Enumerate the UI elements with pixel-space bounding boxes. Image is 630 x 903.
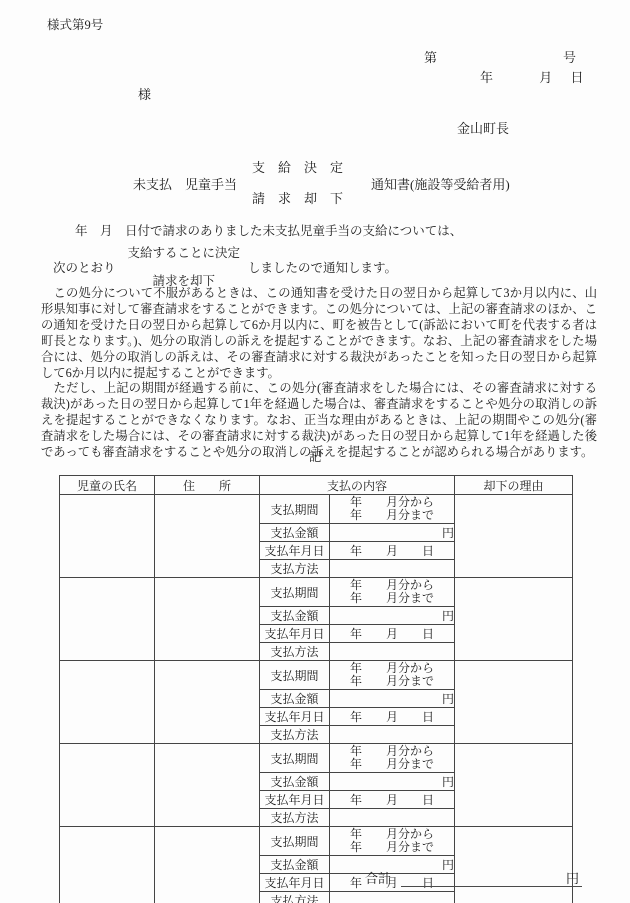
amount-value: 円 — [330, 773, 455, 791]
period-label: 支払期間 — [260, 661, 330, 690]
date-line: 年 月 日 — [480, 67, 584, 86]
method-value — [330, 809, 455, 827]
address-cell — [155, 827, 260, 903]
period-value: 年 月分から 年 月分まで — [330, 827, 455, 856]
period-value: 年 月分から 年 月分まで — [330, 744, 455, 773]
table-row: 支払期間 年 月分から 年 月分まで — [60, 744, 573, 773]
rejection-reason-cell — [455, 744, 573, 827]
child-name-cell — [60, 827, 155, 903]
amount-label: 支払金額 — [260, 524, 330, 542]
child-name-cell — [60, 744, 155, 827]
method-label: 支払方法 — [260, 560, 330, 578]
pay-date-label: 支払年月日 — [260, 708, 330, 726]
address-cell — [155, 495, 260, 578]
rejection-reason-cell — [455, 495, 573, 578]
header-rejection-reason: 却下の理由 — [455, 476, 573, 495]
period-from: 年 月分から — [330, 662, 454, 676]
header-address: 住 所 — [155, 476, 260, 495]
rejection-reason-cell — [455, 827, 573, 903]
total-amount-blank: 円 — [401, 871, 582, 887]
period-from: 年 月分から — [330, 745, 454, 759]
request-line: 年 月 日付で請求のありました未支払児童手当の支給については、 — [75, 221, 462, 239]
sender-name: 金山町長 — [457, 118, 509, 137]
period-to: 年 月分まで — [330, 592, 454, 606]
title-option-reject: 請 求 却 下 — [252, 183, 343, 214]
appeal-notice: この処分について不服があるときは、この通知書を受けた日の翌日から起算して3か月以… — [41, 286, 597, 461]
method-value — [330, 560, 455, 578]
amount-label: 支払金額 — [260, 690, 330, 708]
title-option-grant: 支 給 決 定 — [252, 152, 343, 183]
date-month-label: 月 — [539, 70, 552, 85]
pay-date-label: 支払年月日 — [260, 791, 330, 809]
period-value: 年 月分から 年 月分まで — [330, 578, 455, 607]
date-year-label: 年 — [480, 70, 493, 85]
document-page: 様式第9号 第 号 年 月 日 様 金山町長 未支払 児童手当 支 給 決 定 … — [0, 0, 630, 903]
period-to: 年 月分まで — [330, 841, 454, 855]
table-row: 支払期間 年 月分から 年 月分まで — [60, 827, 573, 856]
method-label: 支払方法 — [260, 643, 330, 661]
amount-value: 円 — [330, 690, 455, 708]
child-name-cell — [60, 578, 155, 661]
period-value: 年 月分から 年 月分まで — [330, 495, 455, 524]
decision-suffix: しましたので通知します。 — [248, 258, 397, 276]
amount-value: 円 — [330, 524, 455, 542]
period-label: 支払期間 — [260, 578, 330, 607]
decision-option-grant: 支給することに決定 — [128, 239, 241, 267]
period-value: 年 月分から 年 月分まで — [330, 661, 455, 690]
amount-label: 支払金額 — [260, 773, 330, 791]
period-from: 年 月分から — [330, 496, 454, 510]
period-label: 支払期間 — [260, 744, 330, 773]
period-to: 年 月分まで — [330, 509, 454, 523]
pay-date-label: 支払年月日 — [260, 625, 330, 643]
addressee-honorific: 様 — [138, 84, 151, 103]
address-cell — [155, 744, 260, 827]
pay-date-value: 年 月 日 — [330, 791, 455, 809]
pay-date-value: 年 月 日 — [330, 542, 455, 560]
total-label: 合計 — [365, 868, 391, 887]
table-row: 支払期間 年 月分から 年 月分まで — [60, 495, 573, 524]
method-value — [330, 726, 455, 744]
appeal-paragraph-1: この処分について不服があるときは、この通知書を受けた日の翌日から起算して3か月以… — [41, 286, 597, 381]
pay-date-label: 支払年月日 — [260, 874, 330, 892]
method-label: 支払方法 — [260, 809, 330, 827]
decision-prefix: 次のとおり — [53, 258, 116, 276]
amount-label: 支払金額 — [260, 856, 330, 874]
pay-date-label: 支払年月日 — [260, 542, 330, 560]
period-from: 年 月分から — [330, 828, 454, 842]
method-label: 支払方法 — [260, 726, 330, 744]
date-day-label: 日 — [571, 70, 584, 85]
title-decision-options: 支 給 決 定 請 求 却 下 — [252, 152, 343, 214]
address-cell — [155, 661, 260, 744]
header-child-name: 児童の氏名 — [60, 476, 155, 495]
period-label: 支払期間 — [260, 827, 330, 856]
document-title: 未支払 児童手当 支 給 決 定 請 求 却 下 通知書(施設等受給者用) — [133, 152, 510, 214]
address-cell — [155, 578, 260, 661]
table-header-row: 児童の氏名 住 所 支払の内容 却下の理由 — [60, 476, 573, 495]
pay-date-value: 年 月 日 — [330, 625, 455, 643]
amount-value: 円 — [330, 607, 455, 625]
total-line: 合計 円 — [365, 868, 582, 887]
header-payment-content: 支払の内容 — [260, 476, 455, 495]
period-label: 支払期間 — [260, 495, 330, 524]
title-doc-type: 通知書(施設等受給者用) — [371, 174, 510, 193]
pay-date-value: 年 月 日 — [330, 708, 455, 726]
rejection-reason-cell — [455, 578, 573, 661]
method-value — [330, 892, 455, 903]
rejection-reason-cell — [455, 661, 573, 744]
method-label: 支払方法 — [260, 892, 330, 903]
document-number-line: 第 号 — [424, 47, 576, 66]
note-heading: 記 — [0, 447, 630, 465]
doc-number-prefix: 第 — [424, 47, 437, 66]
doc-number-suffix: 号 — [563, 47, 576, 66]
form-number: 様式第9号 — [47, 15, 103, 33]
period-to: 年 月分まで — [330, 675, 454, 689]
title-subject: 未支払 児童手当 — [133, 174, 237, 193]
payment-table: 児童の氏名 住 所 支払の内容 却下の理由 支払期間 年 月分から 年 月分まで… — [59, 475, 573, 903]
period-from: 年 月分から — [330, 579, 454, 593]
amount-label: 支払金額 — [260, 607, 330, 625]
table-row: 支払期間 年 月分から 年 月分まで — [60, 578, 573, 607]
table-row: 支払期間 年 月分から 年 月分まで — [60, 661, 573, 690]
period-to: 年 月分まで — [330, 758, 454, 772]
method-value — [330, 643, 455, 661]
child-name-cell — [60, 495, 155, 578]
child-name-cell — [60, 661, 155, 744]
